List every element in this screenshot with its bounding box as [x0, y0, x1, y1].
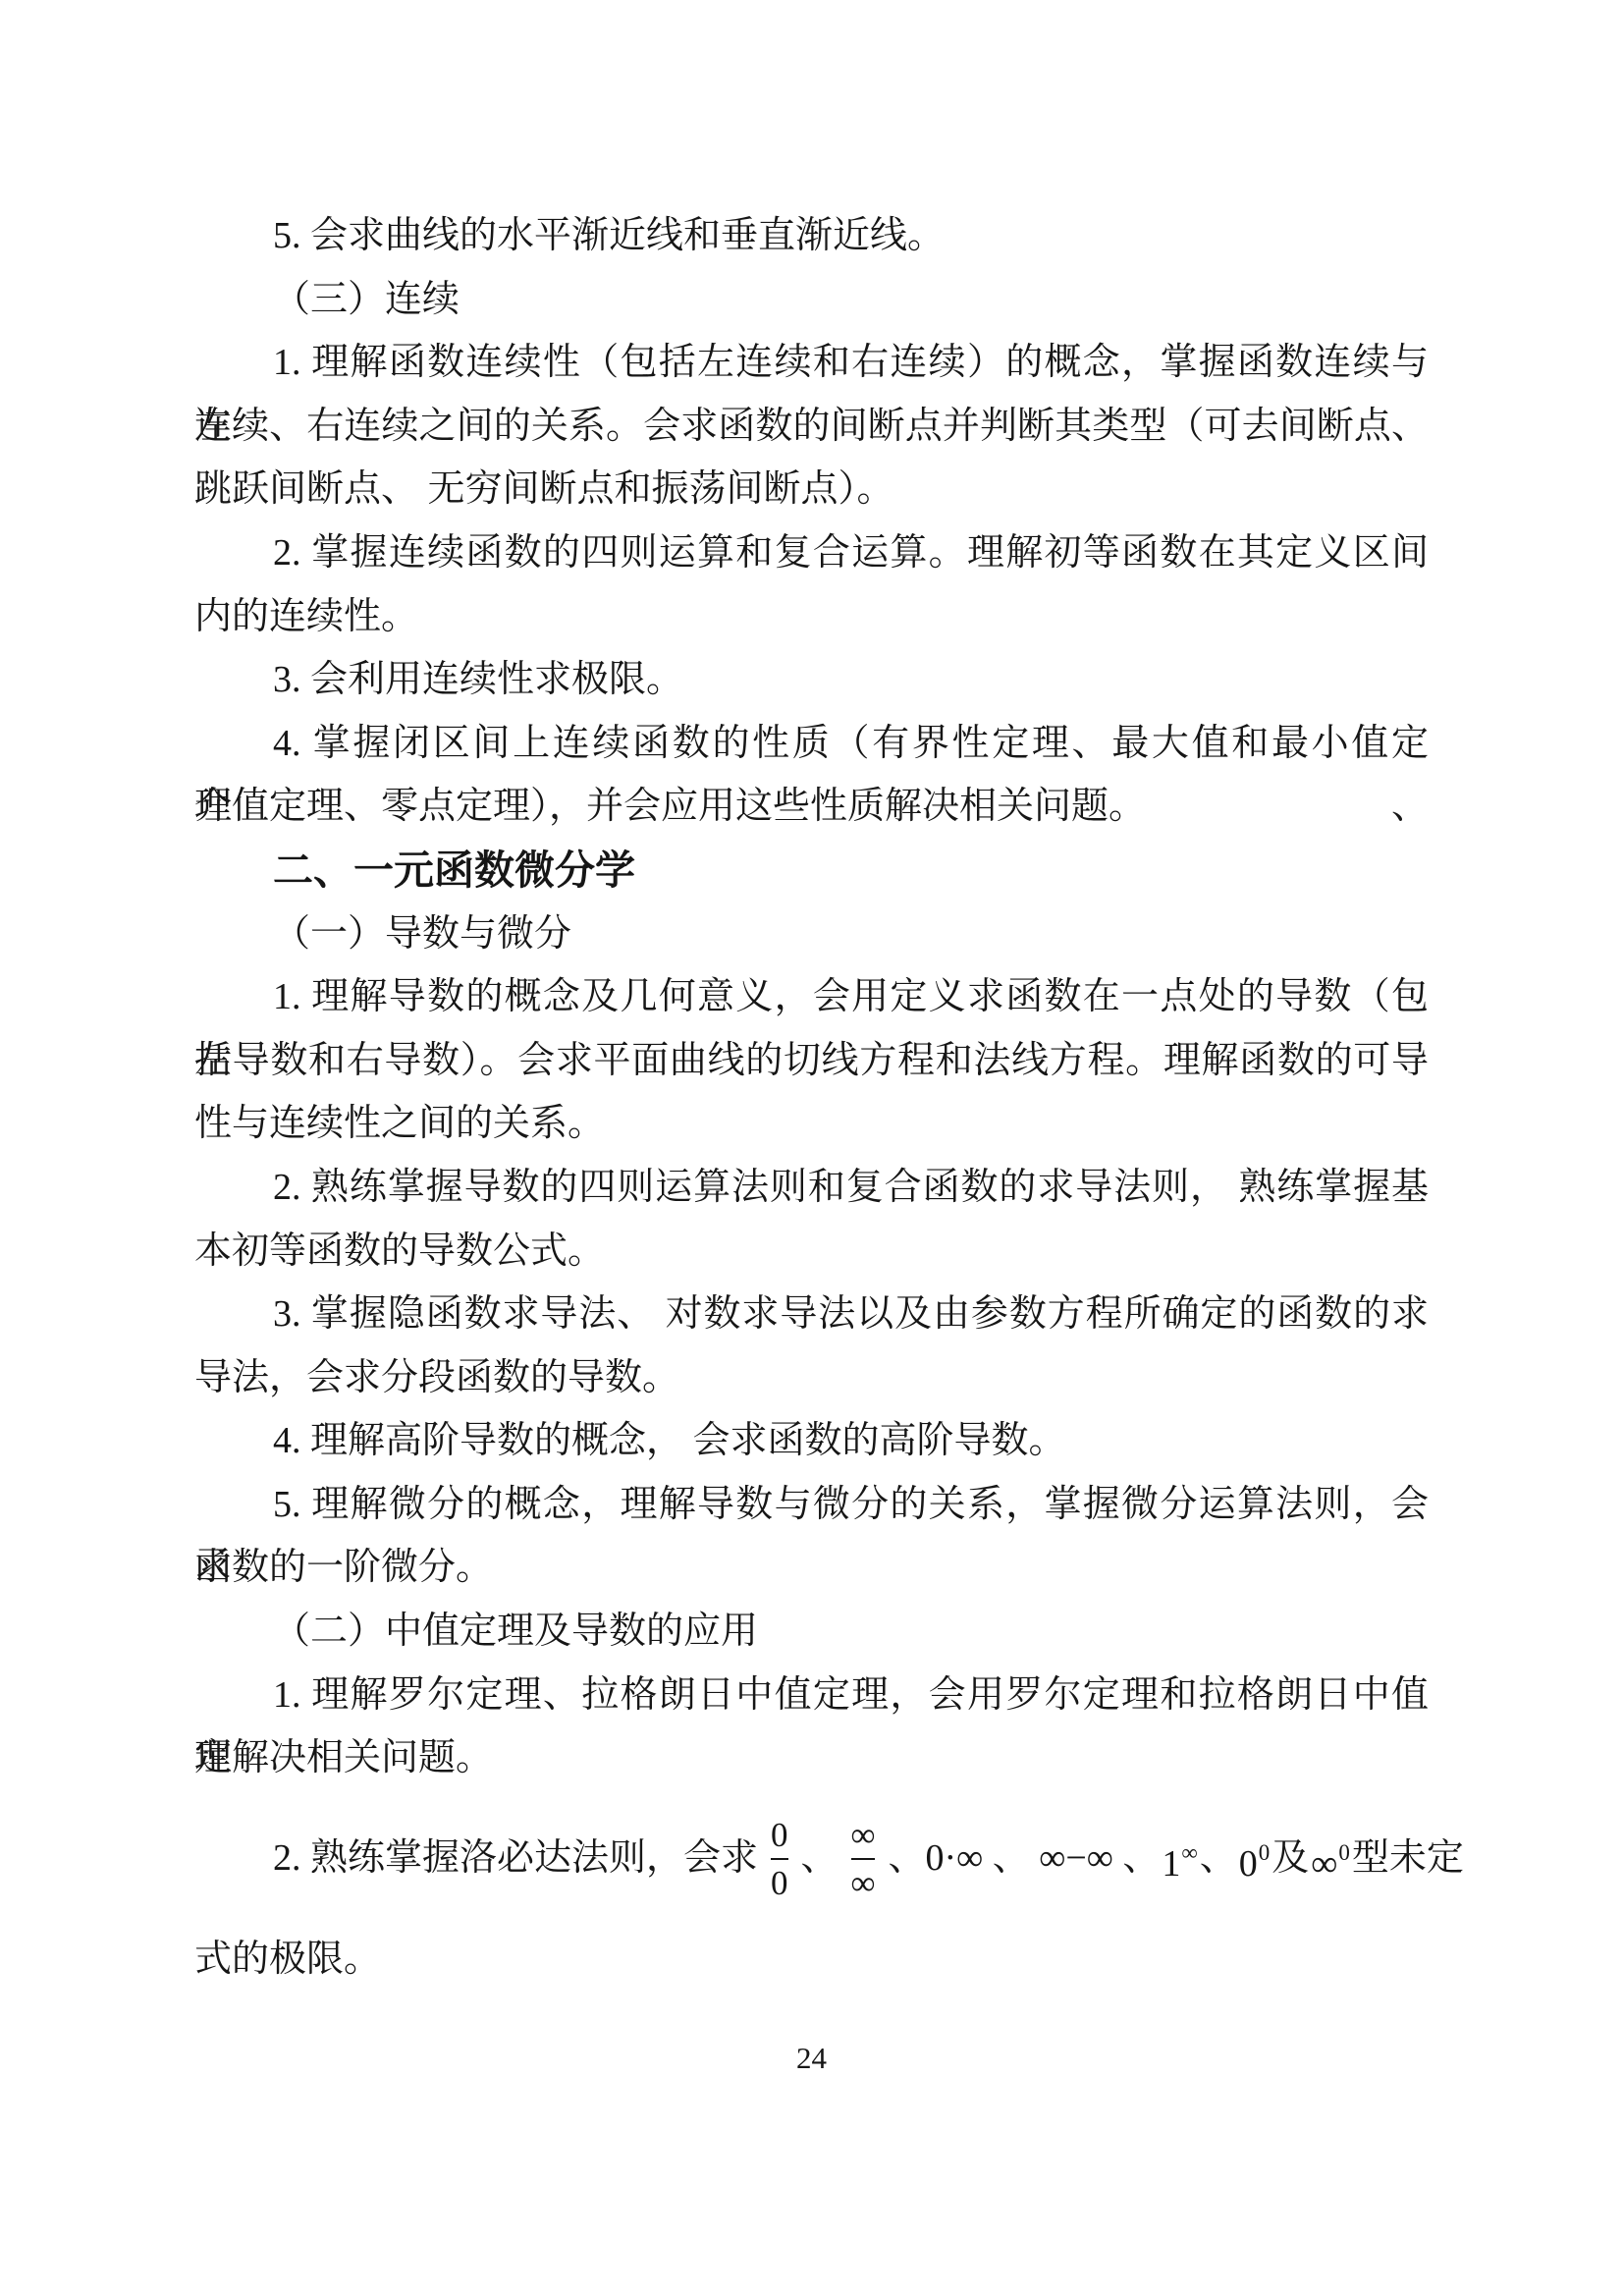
sub-section-heading: （三）连续: [194, 268, 1429, 332]
list-item: 4. 掌握闭区间上连续函数的性质（有界性定理、最大值和最小值定理、: [194, 712, 1429, 776]
page-body: 5. 会求曲线的水平渐近线和垂直渐近线。（三）连续1. 理解函数连续性（包括左连…: [194, 204, 1429, 1991]
list-item-continuation: 理解决相关问题。: [194, 1726, 1429, 1790]
fraction-denominator: ∞: [851, 1866, 876, 1900]
list-item-continuation: 式的极限。: [194, 1928, 1429, 1992]
list-item: 1. 理解函数连续性（包括左连续和右连续）的概念，掌握函数连续与左: [194, 331, 1429, 395]
formula-line: 2. 熟练掌握洛必达法则，会求00、∞∞、0·∞ 、 ∞−∞ 、1∞、00及∞0…: [194, 1790, 1429, 1928]
list-item: 5. 会求曲线的水平渐近线和垂直渐近线。: [194, 204, 1429, 268]
power-base: 0: [1239, 1843, 1258, 1885]
list-item-continuation: 导法，会求分段函数的导数。: [194, 1346, 1429, 1410]
power-exponent: ∞: [1181, 1840, 1197, 1865]
power-exponent: 0: [1259, 1840, 1271, 1865]
list-item: 1. 理解导数的概念及几何意义，会用定义求函数在一点处的导数（包括: [194, 965, 1429, 1029]
list-item-continuation: 跳跃间断点、 无穷间断点和振荡间断点）。: [194, 458, 1429, 521]
fraction: 00: [768, 1818, 791, 1900]
sub-section-heading: （二）中值定理及导数的应用: [194, 1600, 1429, 1664]
page-number: 24: [0, 2039, 1623, 2078]
formula-text: 、: [1200, 1837, 1237, 1881]
list-item: 3. 掌握隐函数求导法、 对数求导法以及由参数方程所确定的函数的求: [194, 1283, 1429, 1346]
list-item-continuation: 函数的一阶微分。: [194, 1536, 1429, 1600]
list-item-continuation: 性与连续性之间的关系。: [194, 1092, 1429, 1156]
list-item-continuation: 连续、右连续之间的关系。会求函数的间断点并判断其类型（可去间断点、: [194, 395, 1429, 459]
fraction-numerator: 0: [771, 1818, 788, 1852]
list-item-continuation: 内的连续性。: [194, 585, 1429, 649]
power-expression: ∞0: [1311, 1822, 1350, 1896]
formula-text: 型未定: [1352, 1837, 1464, 1881]
fraction-bar: [771, 1858, 788, 1860]
power-base: ∞: [1311, 1843, 1337, 1885]
fraction: ∞∞: [848, 1818, 879, 1900]
power-exponent: 0: [1338, 1840, 1350, 1865]
power-expression: 00: [1239, 1822, 1271, 1896]
sub-section-heading: （一）导数与微分: [194, 902, 1429, 966]
list-item-continuation: 本初等函数的导数公式。: [194, 1220, 1429, 1284]
list-item-continuation: 左导数和右导数）。会求平面曲线的切线方程和法线方程。理解函数的可导: [194, 1029, 1429, 1093]
list-item: 2. 熟练掌握导数的四则运算法则和复合函数的求导法则， 熟练掌握基: [194, 1156, 1429, 1220]
section-heading: 二、一元函数微分学: [194, 839, 1429, 902]
document-page: 5. 会求曲线的水平渐近线和垂直渐近线。（三）连续1. 理解函数连续性（包括左连…: [0, 0, 1623, 2296]
power-expression: 1∞: [1162, 1822, 1197, 1896]
fraction-numerator: ∞: [851, 1818, 876, 1852]
formula-text: 、: [801, 1837, 839, 1881]
fraction-denominator: 0: [771, 1866, 788, 1900]
power-base: 1: [1162, 1843, 1180, 1885]
formula-text: 及: [1271, 1837, 1309, 1881]
fraction-bar: [851, 1858, 876, 1860]
list-item: 3. 会利用连续性求极限。: [194, 648, 1429, 712]
list-item: 5. 理解微分的概念，理解导数与微分的关系，掌握微分运算法则，会求: [194, 1473, 1429, 1537]
formula-text: 、0·∞ 、 ∞−∞ 、: [888, 1837, 1160, 1881]
list-item: 2. 掌握连续函数的四则运算和复合运算。理解初等函数在其定义区间: [194, 521, 1429, 585]
list-item: 4. 理解高阶导数的概念， 会求函数的高阶导数。: [194, 1409, 1429, 1473]
list-item: 1. 理解罗尔定理、拉格朗日中值定理，会用罗尔定理和拉格朗日中值定: [194, 1664, 1429, 1727]
formula-text: 2. 熟练掌握洛必达法则，会求: [273, 1837, 758, 1881]
